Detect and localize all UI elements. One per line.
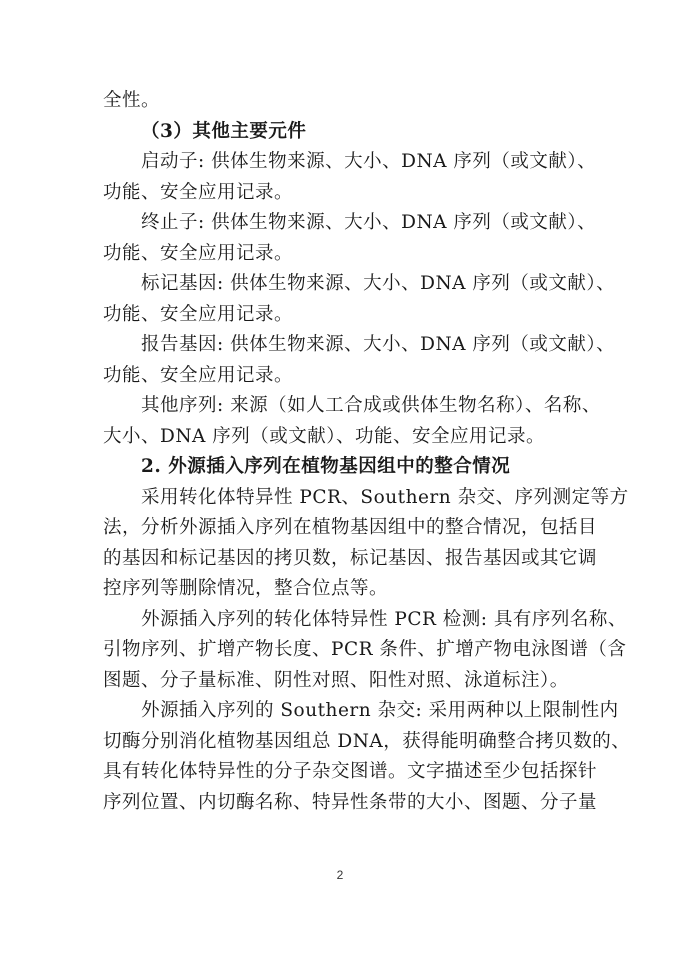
text-line: 采用转化体特异性 PCR、Southern 杂交、序列测定等方 [103, 483, 587, 514]
text-line-southern-hybridization: 外源插入序列的 Southern 杂交: 采用两种以上限制性内 [103, 696, 587, 727]
text-line: 的基因和标记基因的拷贝数，标记基因、报告基因或其它调 [103, 544, 587, 575]
section-heading-integration: 2. 外源插入序列在植物基因组中的整合情况 [103, 452, 587, 483]
text-line-reporter-gene: 报告基因: 供体生物来源、大小、DNA 序列（或文献）、 [103, 330, 587, 361]
page-number: 2 [0, 868, 680, 882]
text-line: 法，分析外源插入序列在植物基因组中的整合情况，包括目 [103, 513, 587, 544]
text-line: 功能、安全应用记录。 [103, 178, 587, 209]
text-line-terminator: 终止子: 供体生物来源、大小、DNA 序列（或文献）、 [103, 208, 587, 239]
text-line: 控序列等删除情况，整合位点等。 [103, 574, 587, 605]
text-line: 大小、DNA 序列（或文献）、功能、安全应用记录。 [103, 422, 587, 453]
text-line: 切酶分别消化植物基因组总 DNA，获得能明确整合拷贝数的、 [103, 727, 587, 758]
text-line: 图题、分子量标准、阴性对照、阳性对照、泳道标注）。 [103, 666, 587, 697]
text-line-other-sequences: 其他序列: 来源（如人工合成或供体生物名称）、名称、 [103, 391, 587, 422]
text-line-pcr-detection: 外源插入序列的转化体特异性 PCR 检测: 具有序列名称、 [103, 605, 587, 636]
text-line: 功能、安全应用记录。 [103, 361, 587, 392]
text-line-marker-gene: 标记基因: 供体生物来源、大小、DNA 序列（或文献）、 [103, 269, 587, 300]
section-heading-other-elements: （3）其他主要元件 [103, 117, 587, 148]
text-line-promoter: 启动子: 供体生物来源、大小、DNA 序列（或文献）、 [103, 147, 587, 178]
text-line: 功能、安全应用记录。 [103, 239, 587, 270]
text-line: 具有转化体特异性的分子杂交图谱。文字描述至少包括探针 [103, 757, 587, 788]
text-line: 序列位置、内切酶名称、特异性条带的大小、图题、分子量 [103, 788, 587, 819]
document-page: 全性。 （3）其他主要元件 启动子: 供体生物来源、大小、DNA 序列（或文献）… [103, 86, 587, 818]
text-line: 功能、安全应用记录。 [103, 300, 587, 331]
text-line: 全性。 [103, 86, 587, 117]
text-line: 引物序列、扩增产物长度、PCR 条件、扩增产物电泳图谱（含 [103, 635, 587, 666]
